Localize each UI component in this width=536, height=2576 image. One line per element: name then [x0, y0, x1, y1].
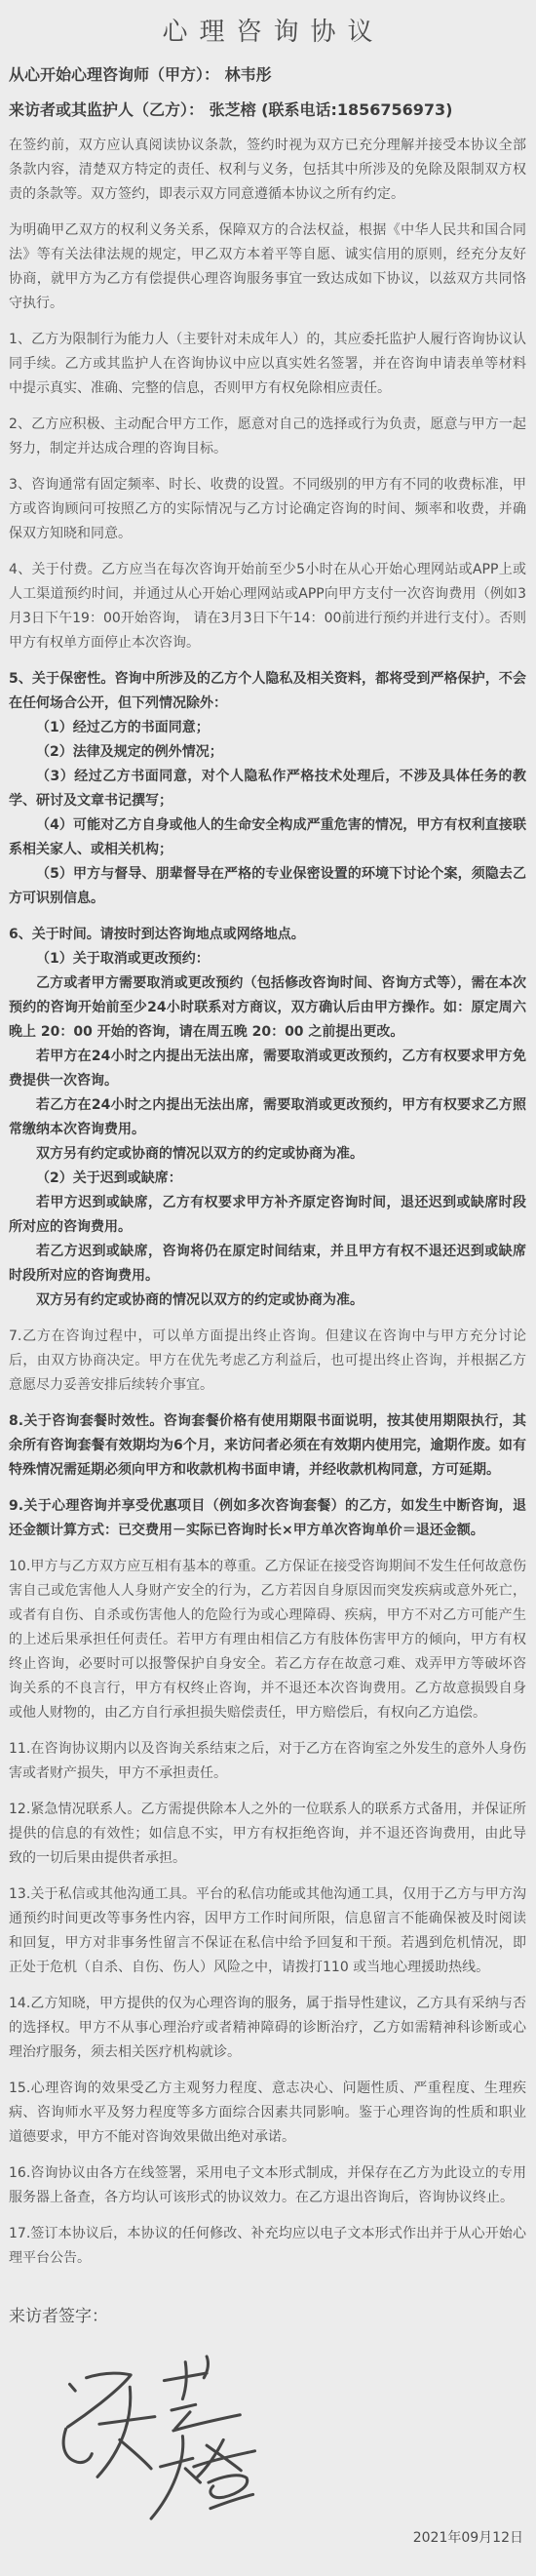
page-title: 心理咨询协议: [20, 12, 526, 48]
clause-paragraph: 若乙方在24小时之内提出无法出席，需要取消或更改预约，甲方有权要求乙方照常缴纳本…: [9, 1093, 526, 1142]
agreement-page: 心理咨询协议 从心开始心理咨询师（甲方）： 林韦彤 来访者或其监护人（乙方）： …: [0, 0, 536, 2576]
clause-paragraph: （2）关于迟到或缺席：: [9, 1167, 526, 1191]
clause-paragraph: 6、关于时间。请按时到达咨询地点或网络地点。: [9, 923, 526, 947]
clause-paragraph: 为明确甲乙双方的权利义务关系，保障双方的合法权益，根据《中华人民共和国合同法》等…: [9, 218, 526, 316]
clause-paragraph: （3）经过乙方书面同意，对个人隐私作严格技术处理后，不涉及具体任务的教学、研讨及…: [9, 765, 526, 813]
visitor-party-line: 来访者或其监护人（乙方）： 张芝榕 (联系电话:1856756973): [9, 99, 526, 122]
clause-paragraph: （4）可能对乙方自身或他人的生命安全构成严重危害的情况，甲方有权利直接联系相关家…: [9, 813, 526, 862]
clause-paragraph: 12.紧急情况联系人。乙方需提供除本人之外的一位联系人的联系方式备用，并保证所提…: [9, 1798, 526, 1871]
clause-paragraph: 8.关于咨询套餐时效性。咨询套餐价格有使用期限书面说明，按其使用期限执行，其余所…: [9, 1409, 526, 1483]
clause-paragraph: （2）法律及规定的例外情况；: [9, 740, 526, 765]
clause-paragraph: 若甲方迟到或缺席，乙方有权要求甲方补齐原定咨询时间，退还迟到或缺席时段所对应的咨…: [9, 1191, 526, 1240]
clause-paragraph: 17.签订本协议后，本协议的任何修改、补充均应以电子文本形式作出并于从心开始心理…: [9, 2222, 526, 2271]
clause-paragraph: （1）关于取消或更改预约：: [9, 947, 526, 971]
clause-paragraph: 14.乙方知晓，甲方提供的仅为心理咨询的服务，属于指导性建议，乙方具有采纳与否的…: [9, 1992, 526, 2065]
clause-paragraph: 11.在咨询协议期内以及咨询关系结束之后，对于乙方在咨询室之外发生的意外人身伤害…: [9, 1737, 526, 1786]
clause-paragraph: 若乙方迟到或缺席，咨询将仍在原定时间结束，并且甲方有权不退还迟到或缺席时段所对应…: [9, 1240, 526, 1288]
counselor-party-line: 从心开始心理咨询师（甲方）： 林韦彤: [9, 63, 526, 87]
clause-list: 在签约前，双方应认真阅读协议条款，签约时视为双方已充分理解并接受本协议全部条款内…: [9, 134, 526, 2271]
clause-paragraph: 若甲方在24小时之内提出无法出席，需要取消或更改预约，乙方有权要求甲方免费提供一…: [9, 1045, 526, 1093]
clause-paragraph: 乙方或者甲方需要取消或更改预约（包括修改咨询时间、咨询方式等），需在本次预约的咨…: [9, 971, 526, 1045]
clause-paragraph: 13.关于私信或其他沟通工具。平台的私信功能或其他沟通工具，仅用于乙方与甲方沟通…: [9, 1882, 526, 1980]
signing-date: 2021年09月12日: [9, 2527, 526, 2547]
clause-paragraph: 15.心理咨询的效果受乙方主观努力程度、意志决心、问题性质、严重程度、生理疾病、…: [9, 2077, 526, 2150]
signature-label: 来访者签字：: [9, 2302, 526, 2326]
clause-paragraph: 1、乙方为限制行为能力人（主要针对未成年人）的，其应委托监护人履行咨询协议认同手…: [9, 328, 526, 401]
clause-paragraph: 3、咨询通常有固定频率、时长、收费的设置。不同级别的甲方有不同的收费标准，甲方或…: [9, 473, 526, 546]
clause-paragraph: 7.乙方在咨询过程中，可以单方面提出终止咨询。但建议在咨询中与甲方充分讨论后，由…: [9, 1325, 526, 1398]
clause-paragraph: 9.关于心理咨询并享受优惠项目（例如多次咨询套餐）的乙方，如发生中断咨询，退还金…: [9, 1494, 526, 1543]
clause-paragraph: 16.咨询协议由各方在线签署，采用电子文本形式制成，并保存在乙方为此设立的专用服…: [9, 2161, 526, 2210]
clause-paragraph: 双方另有约定或协商的情况以双方的约定或协商为准。: [9, 1288, 526, 1313]
clause-paragraph: 双方另有约定或协商的情况以双方的约定或协商为准。: [9, 1142, 526, 1167]
clause-paragraph: （5）甲方与督导、朋辈督导在严格的专业保密设置的环境下讨论个案，须隐去乙方可识别…: [9, 862, 526, 911]
clause-paragraph: （1）经过乙方的书面同意；: [9, 716, 526, 740]
handwritten-signature: [36, 2336, 270, 2521]
clause-paragraph: 10.甲方与乙方双方应互相有基本的尊重。乙方保证在接受咨询期间不发生任何故意伤害…: [9, 1555, 526, 1725]
clause-paragraph: 2、乙方应积极、主动配合甲方工作，愿意对自己的选择或行为负责，愿意与甲方一起努力…: [9, 413, 526, 461]
clause-paragraph: 5、关于保密性。咨询中所涉及的乙方个人隐私及相关资料，都将受到严格保护，不会在任…: [9, 667, 526, 716]
clause-paragraph: 4、关于付费。乙方应当在每次咨询开始前至少5小时在从心开始心理网站或APP上或人…: [9, 558, 526, 655]
clause-paragraph: 在签约前，双方应认真阅读协议条款，签约时视为双方已充分理解并接受本协议全部条款内…: [9, 134, 526, 207]
